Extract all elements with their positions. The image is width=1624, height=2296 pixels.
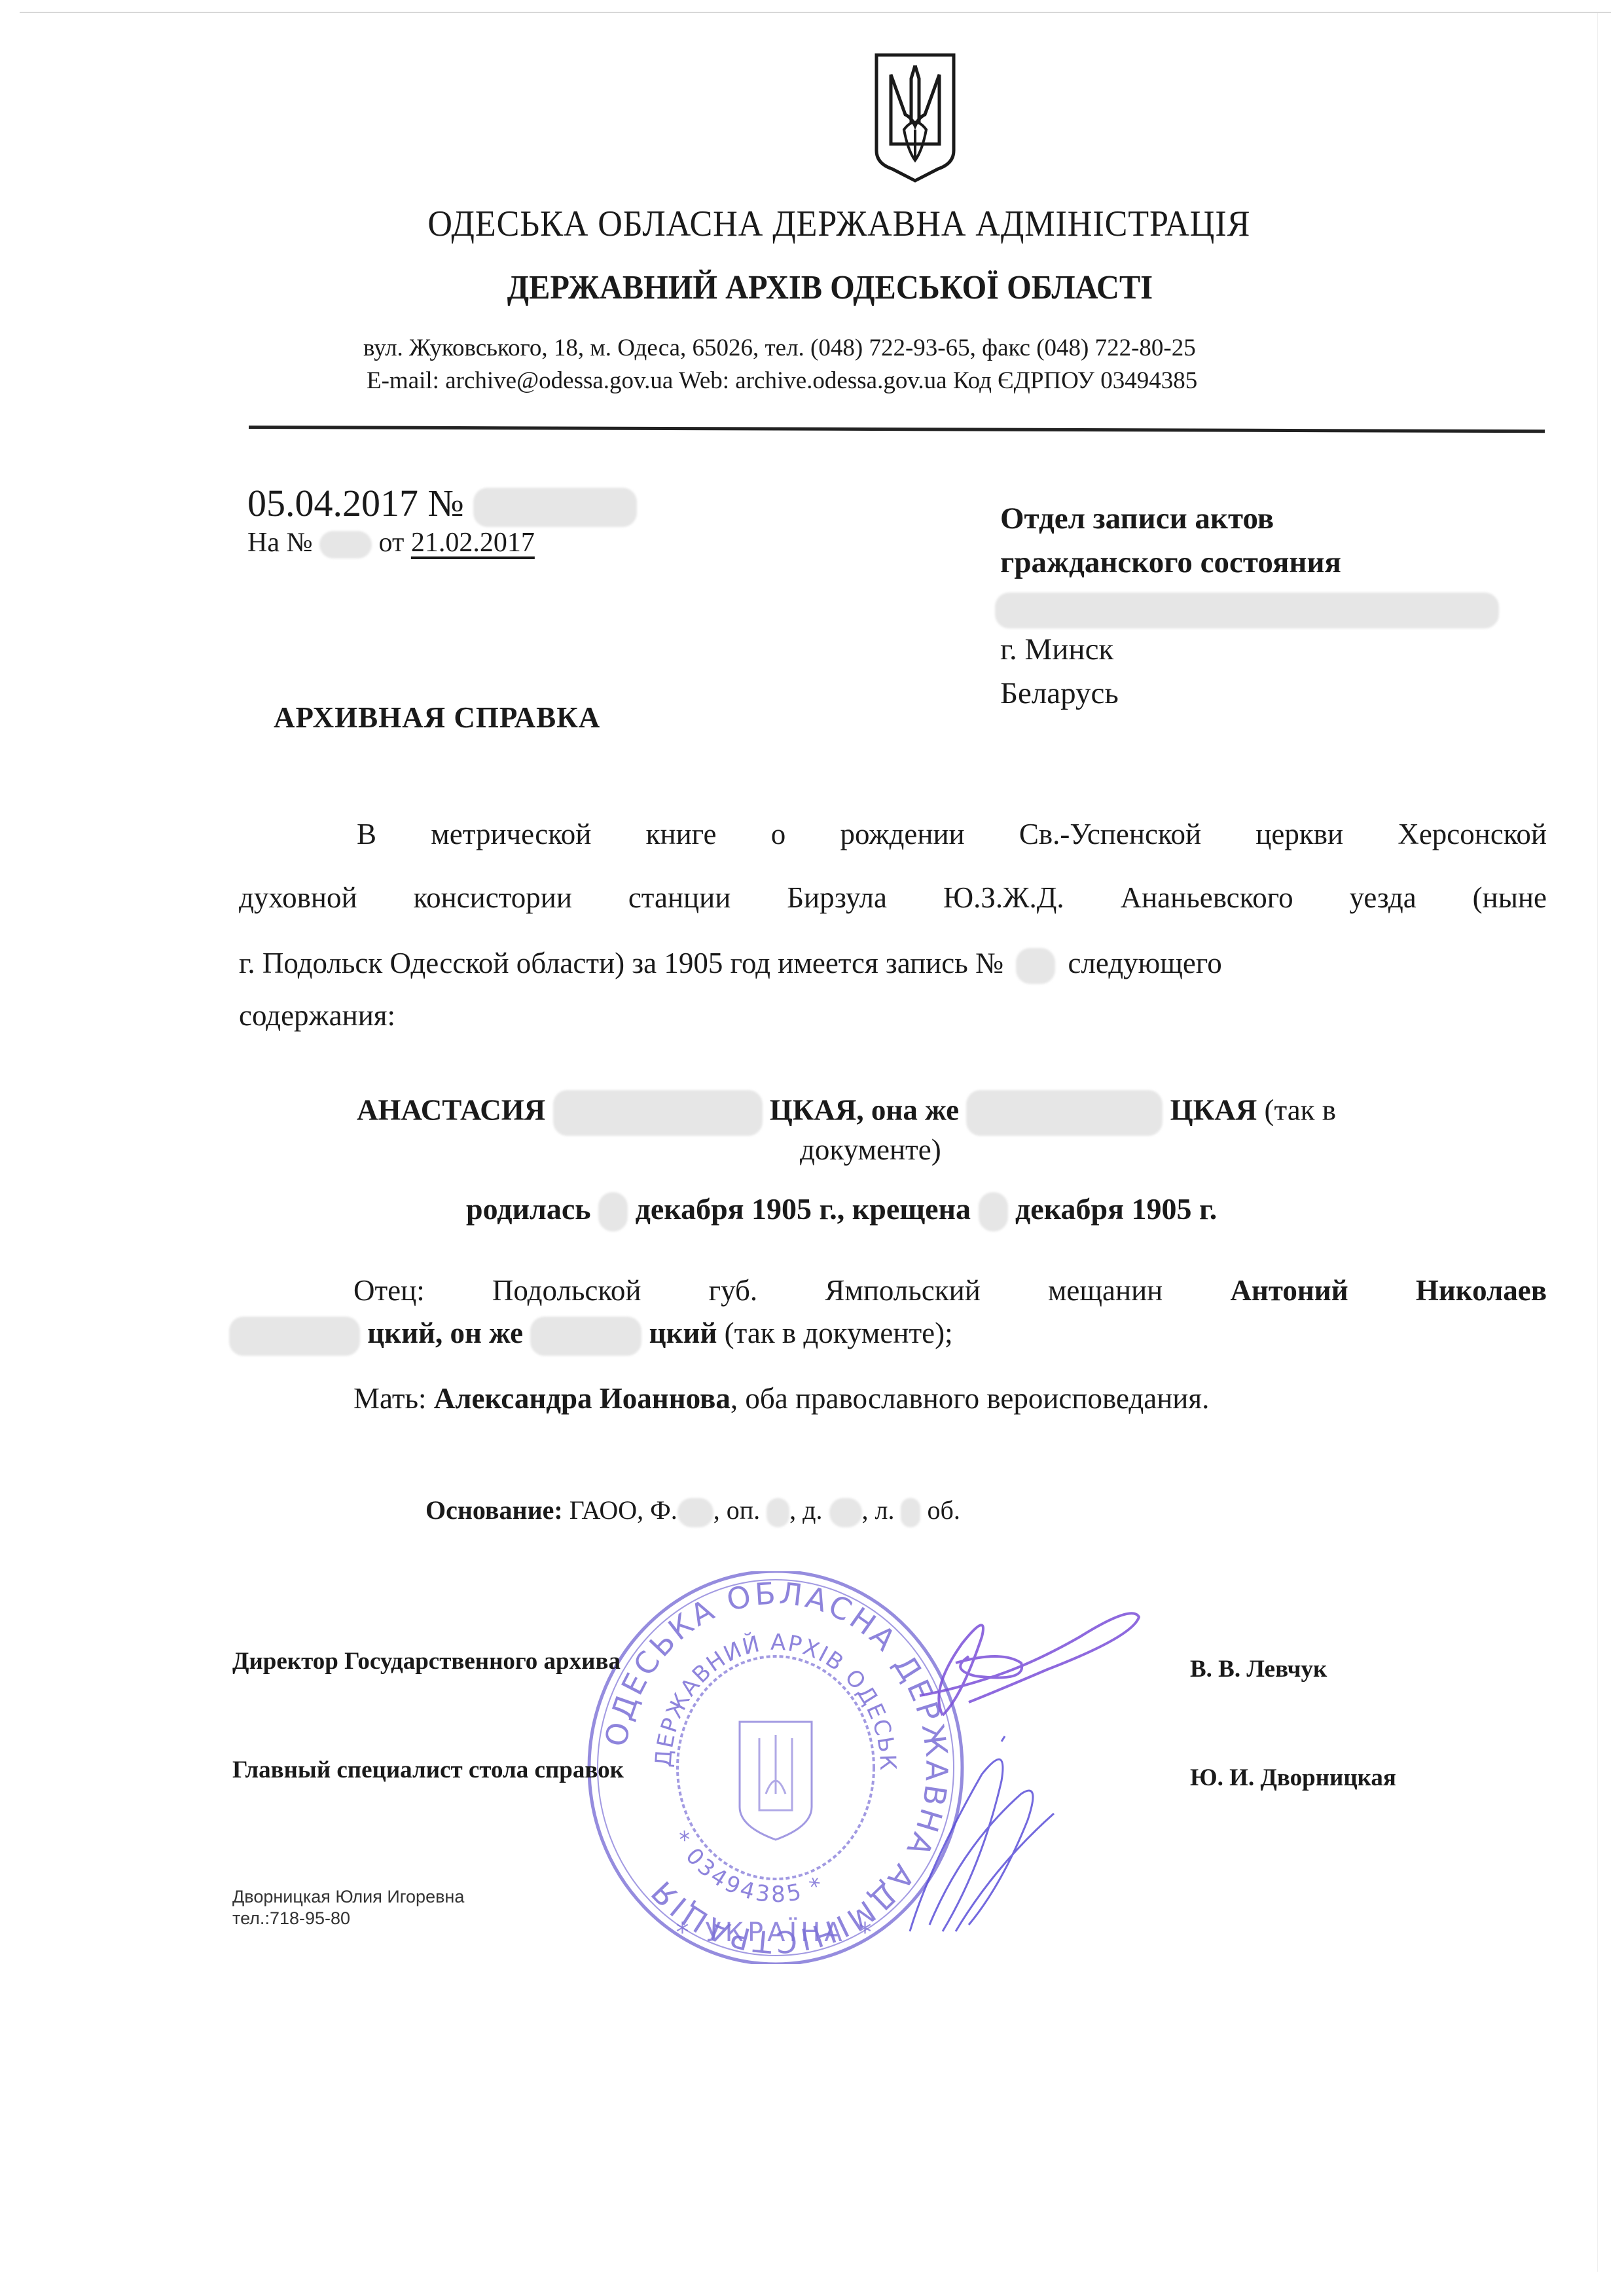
mother-rest: , оба православного вероисповедания. bbox=[731, 1382, 1210, 1415]
redacted-father-alias bbox=[530, 1317, 641, 1356]
incoming-prefix: На № bbox=[247, 528, 313, 558]
basis-fond: ГАОО, Ф. bbox=[569, 1495, 677, 1525]
intro-line-1: В метрической книге о рождении Св.-Успен… bbox=[357, 817, 1547, 851]
recipient-city: г. Минск bbox=[1000, 632, 1113, 667]
intro-line-3-end: следующего bbox=[1068, 947, 1221, 979]
father-note: (так в документе); bbox=[725, 1317, 953, 1349]
intro-line-4: содержания: bbox=[239, 998, 1547, 1032]
recipient-line-1: Отдел записи актов bbox=[1000, 501, 1274, 536]
father-line-1: Отец: Подольской губ. Ямпольский мещанин… bbox=[353, 1273, 1547, 1307]
svg-text:* УКРАЇНА *: * УКРАЇНА * bbox=[676, 1916, 876, 1948]
basis-obverse: об. bbox=[927, 1495, 960, 1525]
mother-label: Мать: bbox=[353, 1382, 427, 1415]
intro-line-3-text: г. Подольск Одесской области) за 1905 го… bbox=[239, 947, 1003, 979]
redacted-delo bbox=[829, 1498, 862, 1527]
basis-list: , л. bbox=[862, 1495, 895, 1525]
father-surname-suffix: цкий, он же bbox=[367, 1317, 523, 1349]
signatory-position-specialist: Главный специалист стола справок bbox=[232, 1756, 624, 1784]
child-surname-suffix: ЦКАЯ, bbox=[770, 1093, 864, 1126]
redacted-outgoing-number bbox=[473, 488, 637, 527]
father-origin: Отец: Подольской губ. Ямпольский мещанин bbox=[353, 1274, 1163, 1307]
document-title: АРХИВНАЯ СПРАВКА bbox=[274, 701, 600, 735]
scan-edge bbox=[20, 12, 1611, 13]
redacted-fond bbox=[677, 1498, 713, 1527]
redacted-list bbox=[901, 1498, 920, 1527]
archival-basis: Основание: ГАОО, Ф., оп. , д. , л. об. bbox=[425, 1495, 960, 1527]
redacted-child-alias bbox=[966, 1090, 1163, 1136]
redacted-recipient-address bbox=[995, 592, 1499, 629]
signatory-position-director: Директор Государственного архива bbox=[232, 1647, 621, 1675]
redacted-incoming-number bbox=[319, 531, 372, 558]
birth-dates-line: родилась декабря 1905 г., крещена декабр… bbox=[466, 1192, 1217, 1231]
director-signature bbox=[916, 1597, 1152, 1728]
signatory-name-specialist: Ю. И. Дворницкая bbox=[1190, 1764, 1396, 1792]
administration-name: ОДЕСЬКА ОБЛАСНА ДЕРЖАВНА АДМІНІСТРАЦІЯ bbox=[60, 203, 1570, 245]
redacted-child-surname bbox=[553, 1090, 763, 1136]
born-word: родилась bbox=[466, 1192, 591, 1226]
child-alias-word: она же bbox=[871, 1093, 959, 1126]
incoming-date: 21.02.2017 bbox=[411, 528, 535, 558]
baptized-rest: декабря 1905 г. bbox=[1015, 1192, 1217, 1226]
father-line-2: цкий, он же цкий (так в документе); bbox=[229, 1316, 953, 1356]
child-name-line: АНАСТАСИЯ ЦКАЯ, она же ЦКАЯ (так в bbox=[357, 1090, 1336, 1136]
specialist-signature bbox=[903, 1735, 1074, 1944]
intro-line-2: духовной консистории станции Бирзула Ю.З… bbox=[239, 881, 1547, 915]
child-first-name: АНАСТАСИЯ bbox=[357, 1093, 545, 1126]
child-alias-suffix: ЦКАЯ bbox=[1170, 1093, 1257, 1126]
redacted-opis bbox=[767, 1498, 789, 1527]
number-sign: № bbox=[428, 482, 464, 524]
ukraine-trident-emblem-icon bbox=[873, 52, 958, 183]
incoming-from-word: от bbox=[379, 528, 405, 558]
redacted-father-surname bbox=[229, 1317, 360, 1356]
basis-delo: , д. bbox=[789, 1495, 822, 1525]
child-note-start: (так в bbox=[1265, 1093, 1337, 1126]
outgoing-reference: 05.04.2017 № bbox=[247, 481, 637, 527]
basis-label: Основание: bbox=[425, 1495, 563, 1525]
scan-edge-right bbox=[1597, 13, 1598, 2272]
mother-name: Александра Иоаннова bbox=[434, 1382, 731, 1415]
redacted-baptism-day bbox=[979, 1192, 1008, 1231]
executor-phone: тел.:718-95-80 bbox=[232, 1908, 350, 1929]
father-name: Антоний Николаев bbox=[1230, 1274, 1547, 1307]
basis-opis: , оп. bbox=[713, 1495, 760, 1525]
address-line: вул. Жуковського, 18, м. Одеса, 65026, т… bbox=[363, 334, 1196, 362]
contact-line: E-mail: archive@odessa.gov.ua Web: archi… bbox=[367, 367, 1197, 395]
header-divider bbox=[249, 426, 1545, 433]
recipient-country: Беларусь bbox=[1000, 676, 1119, 711]
executor-name: Дворницкая Юлия Игоревна bbox=[232, 1887, 464, 1907]
mother-line: Мать: Александра Иоаннова, оба православ… bbox=[353, 1381, 1209, 1415]
redacted-birth-day bbox=[598, 1192, 628, 1231]
recipient-line-2: гражданского состояния bbox=[1000, 545, 1341, 580]
born-rest: декабря 1905 г., крещена bbox=[636, 1192, 971, 1226]
incoming-reference: На № от 21.02.2017 bbox=[247, 527, 535, 558]
signatory-name-director: В. В. Левчук bbox=[1190, 1655, 1327, 1683]
outgoing-date: 05.04.2017 bbox=[247, 482, 418, 524]
redacted-record-number bbox=[1016, 948, 1055, 984]
child-note-end: документе) bbox=[800, 1133, 941, 1167]
archive-name: ДЕРЖАВНИЙ АРХІВ ОДЕСЬКОЇ ОБЛАСТІ bbox=[60, 268, 1570, 307]
intro-line-3: г. Подольск Одесской области) за 1905 го… bbox=[239, 946, 1547, 984]
father-alias-suffix: цкий bbox=[649, 1317, 717, 1349]
